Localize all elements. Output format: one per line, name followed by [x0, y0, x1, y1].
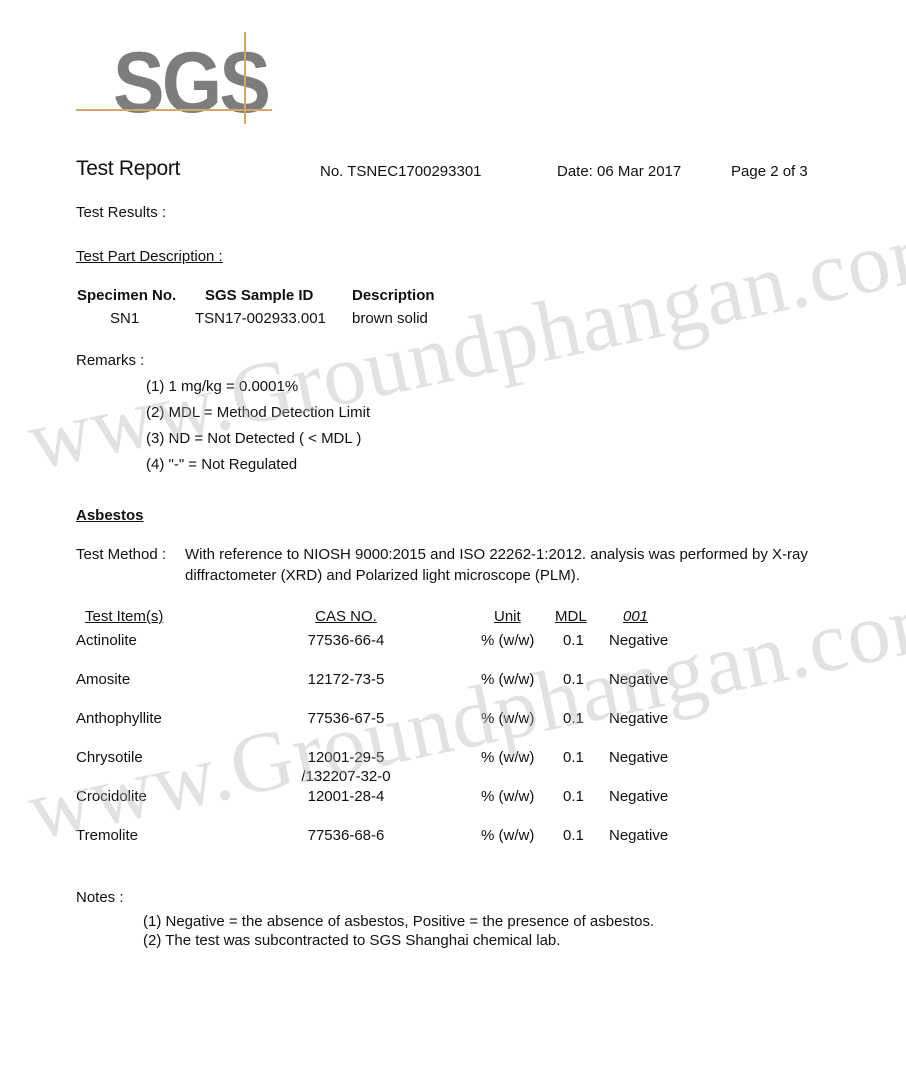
test-item-cell: Anthophyllite — [76, 710, 162, 727]
unit-cell: % (w/w) — [481, 827, 534, 844]
remark-item: (1) 1 mg/kg = 0.0001% — [146, 378, 298, 395]
test-results-label: Test Results : — [76, 204, 166, 221]
logo-vertical-rule — [244, 32, 246, 124]
mdl-cell: 0.1 — [563, 632, 584, 649]
result-cell: Negative — [609, 788, 668, 805]
unit-cell: % (w/w) — [481, 632, 534, 649]
test-item-cell: Crocidolite — [76, 788, 147, 805]
mdl-cell: 0.1 — [563, 749, 584, 766]
unit-cell: % (w/w) — [481, 710, 534, 727]
note-item: (2) The test was subcontracted to SGS Sh… — [143, 932, 560, 949]
cas-number-cell: 12001-28-4 — [296, 788, 396, 805]
report-number: No. TSNEC1700293301 — [320, 163, 482, 180]
col-header-description: Description — [352, 287, 435, 304]
result-cell: Negative — [609, 749, 668, 766]
col-header-unit: Unit — [494, 608, 521, 625]
report-title: Test Report — [76, 157, 180, 181]
col-header-sample-001: 001 — [623, 608, 648, 625]
part-description-heading: Test Part Description : — [76, 248, 223, 265]
remark-item: (2) MDL = Method Detection Limit — [146, 404, 370, 421]
unit-cell: % (w/w) — [481, 749, 534, 766]
asbestos-heading: Asbestos — [76, 507, 144, 524]
col-header-mdl: MDL — [555, 608, 587, 625]
logo-horizontal-rule — [76, 109, 272, 111]
cas-number-cell: 77536-66-4 — [296, 632, 396, 649]
col-header-specimen: Specimen No. — [77, 287, 176, 304]
report-date: Date: 06 Mar 2017 — [557, 163, 681, 180]
sample-id: TSN17-002933.001 — [195, 310, 326, 327]
cas-number-cell: 77536-68-6 — [296, 827, 396, 844]
mdl-cell: 0.1 — [563, 671, 584, 688]
test-method-line2: diffractometer (XRD) and Polarized light… — [185, 567, 580, 584]
result-cell: Negative — [609, 827, 668, 844]
mdl-cell: 0.1 — [563, 710, 584, 727]
result-cell: Negative — [609, 671, 668, 688]
sample-description: brown solid — [352, 310, 428, 327]
test-item-cell: Chrysotile — [76, 749, 143, 766]
test-method-line1: With reference to NIOSH 9000:2015 and IS… — [185, 546, 808, 563]
cas-number-cell: 12172-73-5 — [296, 671, 396, 688]
test-item-cell: Tremolite — [76, 827, 138, 844]
test-item-cell: Actinolite — [76, 632, 137, 649]
cas-number-cell: 12001-29-5 — [296, 749, 396, 766]
unit-cell: % (w/w) — [481, 671, 534, 688]
sgs-logo: SGS — [76, 32, 272, 126]
cas-number-cell: 77536-67-5 — [296, 710, 396, 727]
result-cell: Negative — [609, 710, 668, 727]
unit-cell: % (w/w) — [481, 788, 534, 805]
test-item-cell: Amosite — [76, 671, 130, 688]
mdl-cell: 0.1 — [563, 788, 584, 805]
col-header-sample-id: SGS Sample ID — [205, 287, 313, 304]
remark-item: (3) ND = Not Detected ( < MDL ) — [146, 430, 361, 447]
col-header-cas: CAS NO. — [296, 608, 396, 625]
specimen-no: SN1 — [110, 310, 139, 327]
result-cell: Negative — [609, 632, 668, 649]
cas-number-secondary-cell: /132207-32-0 — [296, 768, 396, 785]
remarks-label: Remarks : — [76, 352, 144, 369]
test-method-label: Test Method : — [76, 546, 166, 563]
notes-label: Notes : — [76, 889, 124, 906]
remark-item: (4) "-" = Not Regulated — [146, 456, 297, 473]
col-header-test-item: Test Item(s) — [85, 608, 163, 625]
mdl-cell: 0.1 — [563, 827, 584, 844]
note-item: (1) Negative = the absence of asbestos, … — [143, 913, 654, 930]
page-indicator: Page 2 of 3 — [731, 163, 808, 180]
